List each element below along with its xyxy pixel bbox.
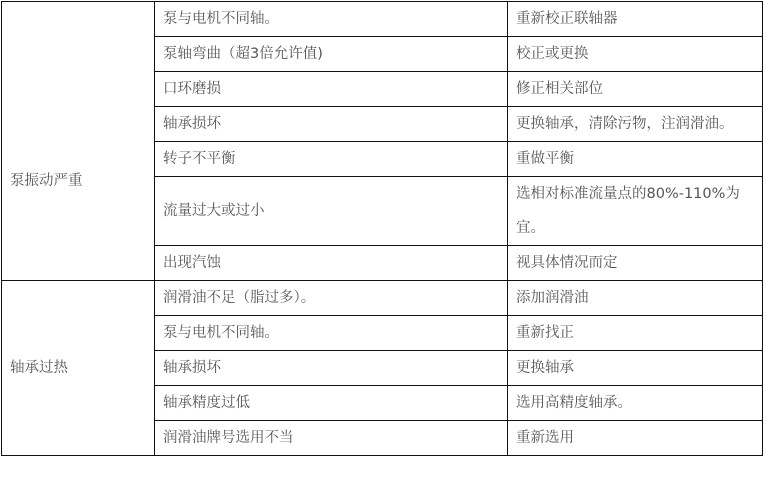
cause-cell: 轴承损坏 xyxy=(155,107,508,142)
cause-cell: 润滑油牌号选用不当 xyxy=(155,421,508,456)
cause-cell: 转子不平衡 xyxy=(155,142,508,177)
cause-cell: 轴承损坏 xyxy=(155,351,508,386)
remedy-cell: 选用高精度轴承。 xyxy=(508,386,763,421)
remedy-cell: 重新选用 xyxy=(508,421,763,456)
fault-remedy-table: 泵振动严重 泵与电机不同轴。 重新校正联轴器 泵轴弯曲（超3倍允许值) 校正或更… xyxy=(1,1,763,456)
remedy-cell: 视具体情况而定 xyxy=(508,246,763,281)
remedy-cell: 重新校正联轴器 xyxy=(508,2,763,37)
cause-cell: 出现汽蚀 xyxy=(155,246,508,281)
cause-cell: 轴承精度过低 xyxy=(155,386,508,421)
remedy-cell: 重新找正 xyxy=(508,316,763,351)
remedy-cell: 校正或更换 xyxy=(508,37,763,72)
remedy-cell: 修正相关部位 xyxy=(508,72,763,107)
remedy-cell: 重做平衡 xyxy=(508,142,763,177)
table-row: 泵振动严重 泵与电机不同轴。 重新校正联轴器 xyxy=(2,2,763,37)
cause-cell: 泵轴弯曲（超3倍允许值) xyxy=(155,37,508,72)
remedy-cell: 选相对标准流量点的80%-110%为宜。 xyxy=(508,177,763,246)
cause-cell: 流量过大或过小 xyxy=(155,177,508,246)
cause-cell: 口环磨损 xyxy=(155,72,508,107)
symptom-cell: 轴承过热 xyxy=(2,281,155,456)
symptom-cell: 泵振动严重 xyxy=(2,2,155,281)
remedy-cell: 更换轴承，清除污物，注润滑油。 xyxy=(508,107,763,142)
table-row: 轴承过热 润滑油不足（脂过多）。 添加润滑油 xyxy=(2,281,763,316)
cause-cell: 泵与电机不同轴。 xyxy=(155,2,508,37)
cause-cell: 泵与电机不同轴。 xyxy=(155,316,508,351)
cause-cell: 润滑油不足（脂过多）。 xyxy=(155,281,508,316)
remedy-cell: 更换轴承 xyxy=(508,351,763,386)
remedy-cell: 添加润滑油 xyxy=(508,281,763,316)
